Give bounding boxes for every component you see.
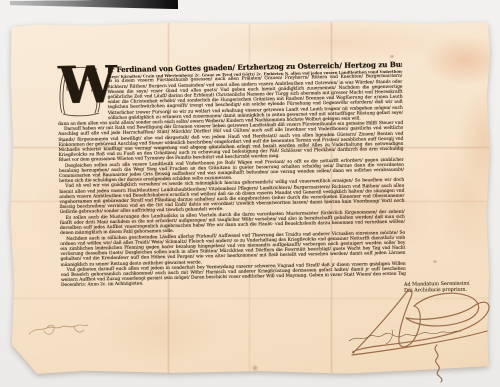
foxing-spot [390, 55, 394, 58]
foxing-spot [433, 260, 437, 263]
photo-stage: W Ir Ferdinand von Gottes gnaden/ Ertzhe… [0, 0, 500, 387]
fold-crease-horizontal-lower [7, 297, 493, 300]
body-paragraph: Darauff haben wir mit Rath vnd Bewilligu… [58, 121, 404, 164]
chancery-subscription: Ad Mandatum Serenissimi Dñi Archiducis p… [404, 280, 484, 293]
printed-text-block: W Ir Ferdinand von Gottes gnaden/ Ertzhe… [57, 60, 406, 288]
woodcut-initial-w: W [57, 66, 103, 117]
drop-cap-letter: W [58, 60, 117, 112]
